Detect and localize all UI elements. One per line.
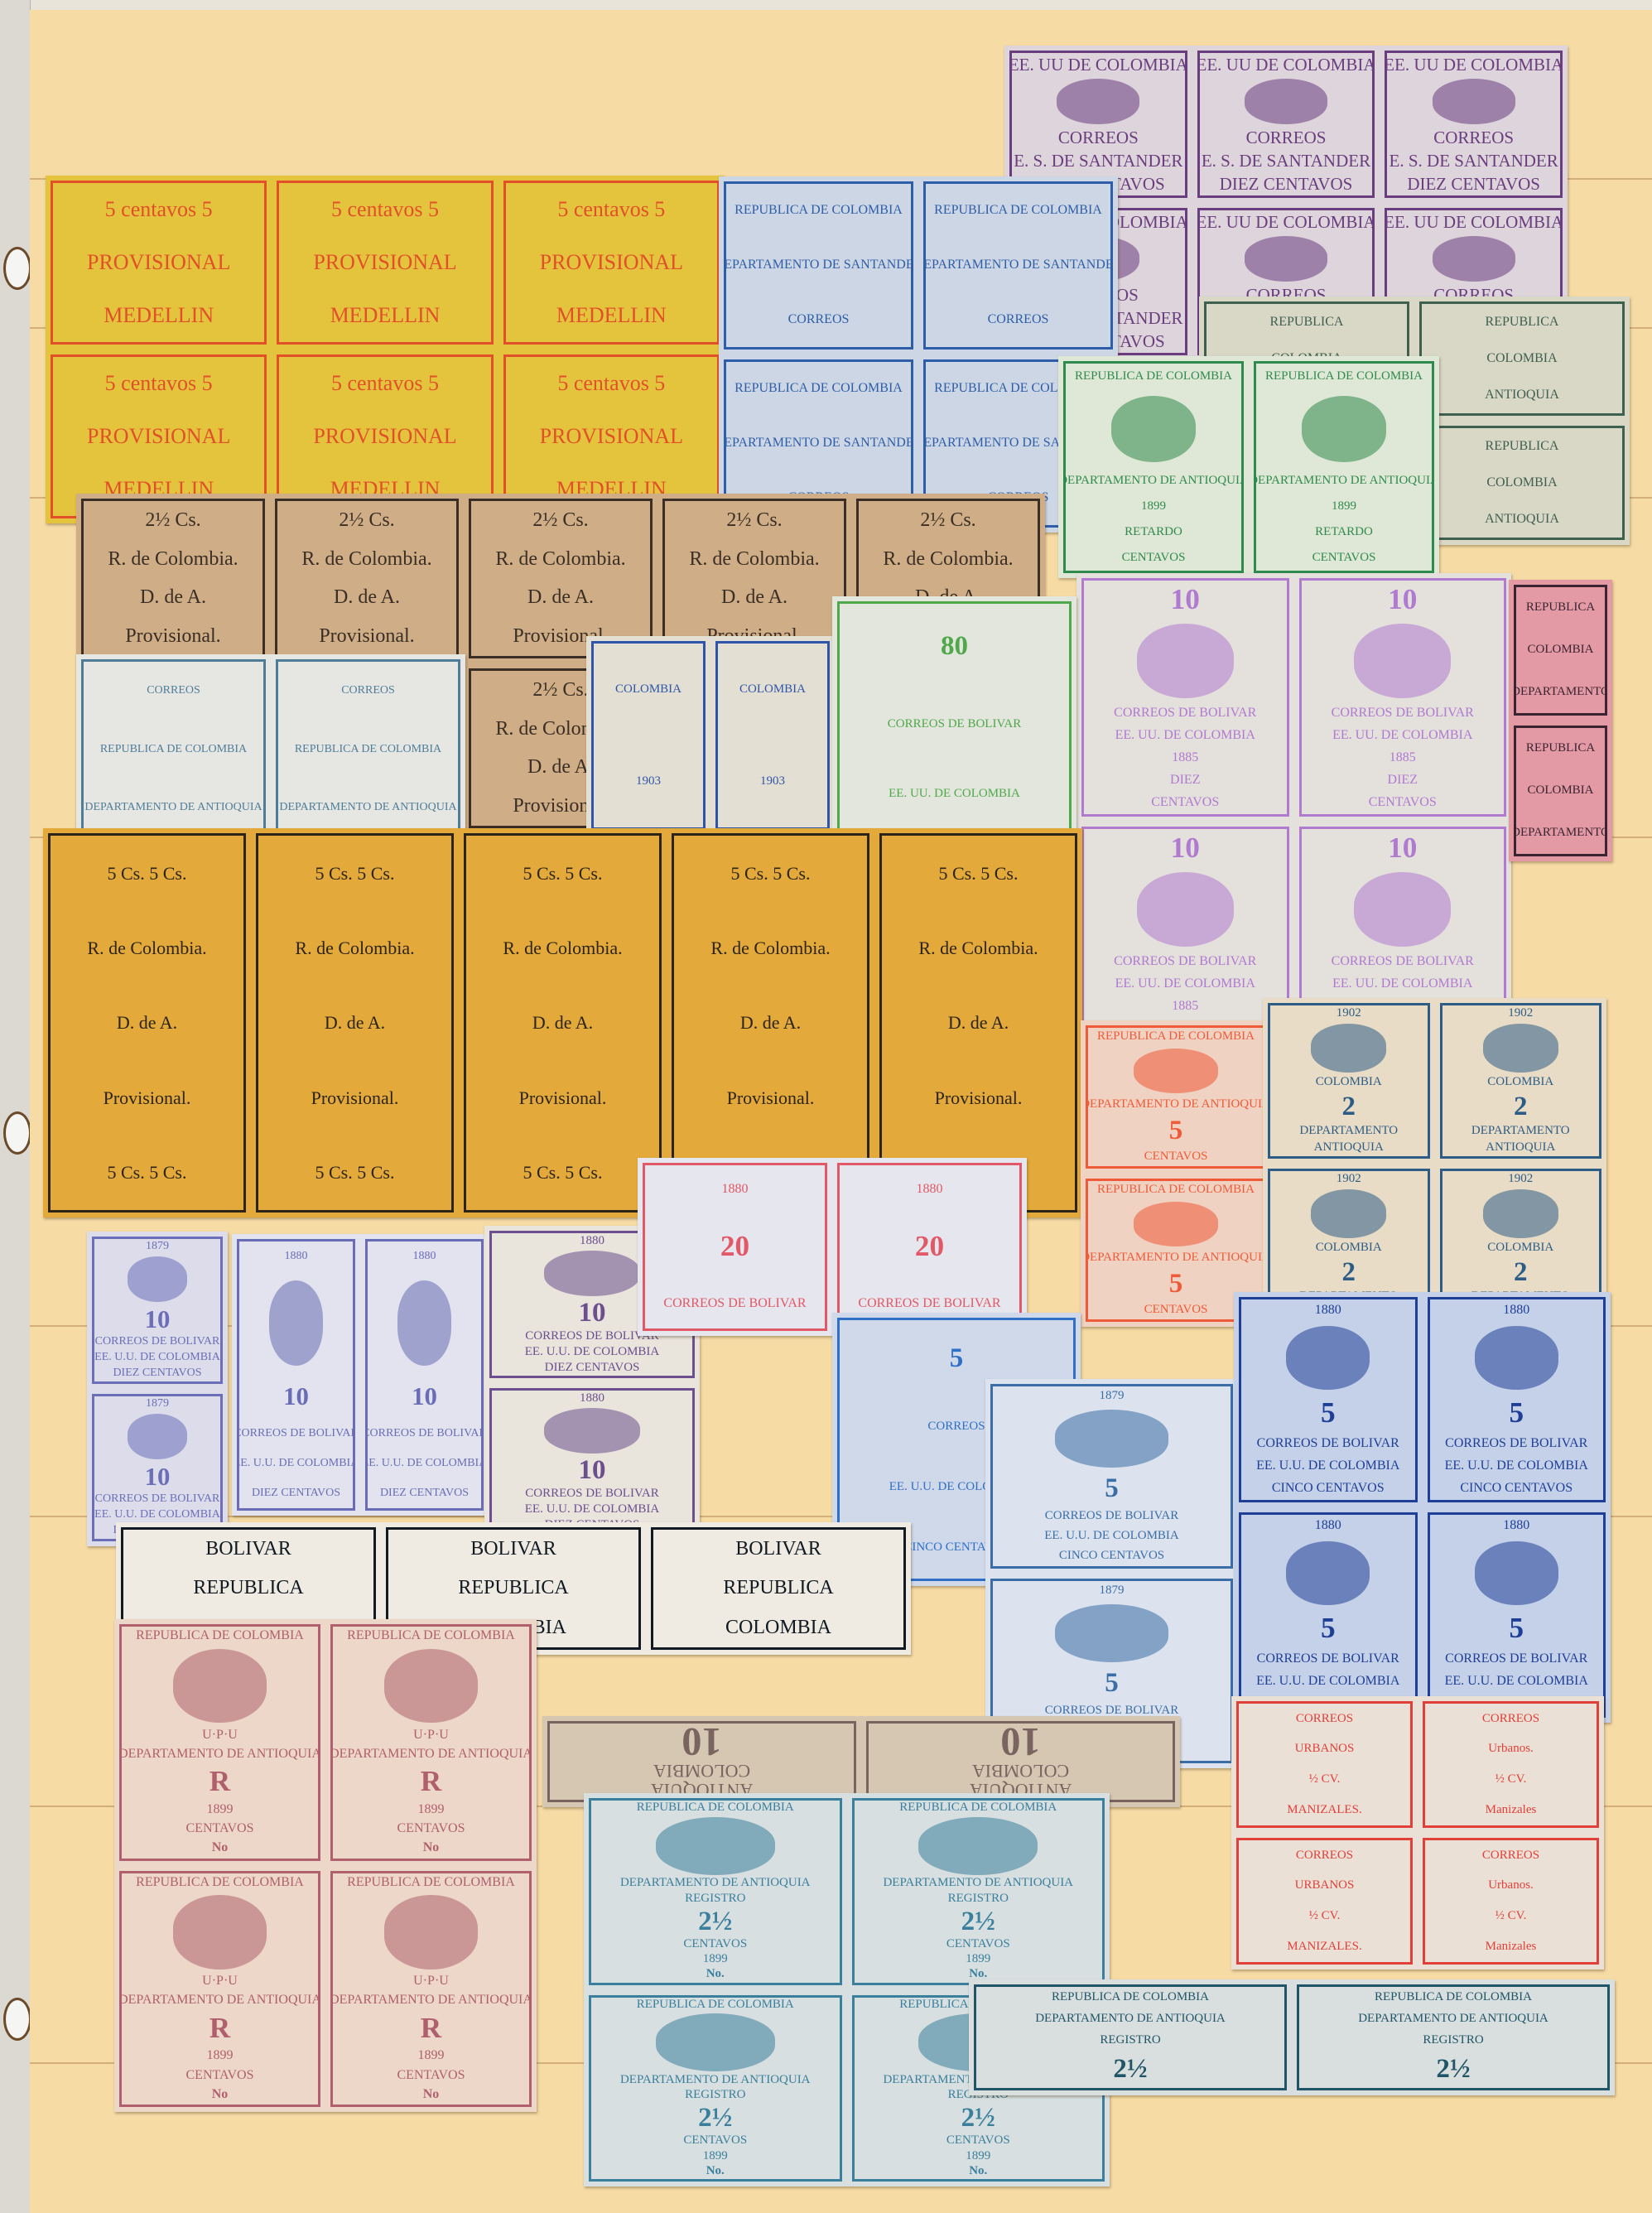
stamp-inscription: CENTAVOS [683, 2134, 747, 2148]
portrait-vignette [656, 1817, 775, 1875]
stamp-inscription: DEPARTAMENTO [1299, 1125, 1398, 1138]
stamp-inscription: DEPARTAMENTO DE ANTIOQUIA [119, 1748, 320, 1762]
stamp: REPUBLICA DE COLOMBIADEPARTAMENTO DE ANT… [852, 1798, 1105, 1985]
stamp-inscription: CORREOS [1482, 1713, 1539, 1726]
stamp-inscription: ANTIOQUIA [1314, 1141, 1384, 1155]
stamp-inscription: REPUBLICA DE COLOMBIA [637, 1801, 794, 1815]
stamp-inscription: RETARDO [1125, 526, 1182, 539]
stamp-inscription: 1880 [1503, 1519, 1529, 1533]
stamp-inscription: 5 Cs. 5 Cs. [315, 864, 395, 883]
stamp-inscription: R [421, 2013, 441, 2044]
portrait-vignette [918, 1817, 1038, 1875]
stamp-inscription: REPUBLICA DE COLOMBIA [1097, 1030, 1255, 1044]
stamp-inscription: 2½ Cs. [726, 510, 782, 531]
stamp-inscription: 1879 [146, 1241, 169, 1253]
stamp: 188010CORREOS DE BOLIVAREE. U.U. DE COLO… [489, 1388, 695, 1536]
stamp: 10CORREOS DE BOLIVAREE. UU. DE COLOMBIA1… [1081, 578, 1289, 817]
portrait-vignette [384, 1895, 479, 1969]
stamp-inscription: BOLIVAR [205, 1539, 291, 1560]
stamp-inscription: D. de A. [527, 587, 594, 608]
stamp-inscription: DEPARTAMENTO DE ANTIOQUIA [1086, 1098, 1266, 1111]
stamp-inscription: 5 centavos 5 [105, 372, 213, 394]
stamp-inscription: CORREOS DE BOLIVAR [237, 1428, 355, 1440]
stamp-inscription: CORREOS [788, 313, 850, 327]
stamp-inscription: REPUBLICA [723, 1578, 833, 1598]
stamp-inscription: U·P·U [202, 1728, 238, 1743]
stamp-block-colombia-1903: COLOMBIA1903COLOMBIA1903 [586, 636, 835, 835]
stamp-inscription: 1885 [1172, 751, 1198, 765]
stamp-inscription: DEPARTAMENTO DE ANTIOQUIA [1358, 2013, 1548, 2026]
stamp-inscription: No [212, 1841, 229, 1855]
stamp-inscription: 80 [941, 632, 968, 661]
stamp-inscription: 10 [1388, 833, 1417, 864]
portrait-vignette [269, 1280, 324, 1366]
portrait-vignette [1354, 624, 1451, 698]
stamp-inscription: CORREOS DE BOLIVAR [1257, 1652, 1399, 1666]
stamp-inscription: 1899 [207, 2049, 234, 2063]
stamp-inscription: PROVISIONAL [87, 251, 230, 273]
stamp: REPUBLICA DE COLOMBIADEPARTAMENTO DE ANT… [589, 1995, 842, 2182]
stamp-inscription: DEPARTAMENTO DE ANTIOQUIA [883, 1877, 1073, 1890]
stamp: REPUBLICA DE COLOMBIAU·P·UDEPARTAMENTO D… [119, 1871, 320, 2108]
stamp-inscription: No. [706, 2165, 725, 2178]
stamp-inscription: 5 [1321, 1398, 1336, 1429]
stamp: 2½ Cs.R. de Colombia.D. de A.Provisional… [275, 499, 459, 658]
stamp-inscription: 1902 [1508, 1173, 1533, 1186]
stamp-inscription: REPUBLICA DE COLOMBIA [1097, 1184, 1255, 1197]
stamp: 18805CORREOS DE BOLIVAREE. U.U. DE COLOM… [1239, 1512, 1418, 1718]
stamp-inscription: 5 [950, 1344, 964, 1373]
stamp-inscription: R. de Colombia. [108, 549, 238, 570]
portrait-vignette [544, 1408, 640, 1454]
stamp-inscription: 1880 [580, 1392, 604, 1405]
stamp-inscription: CORREOS [927, 1420, 985, 1434]
stamp-inscription: DEPARTAMENTO DE SANTANDER [724, 436, 913, 451]
punch-hole [3, 1111, 31, 1155]
stamp-inscription: 5 [1509, 1613, 1524, 1644]
stamp-inscription: 1899 [966, 2150, 990, 2163]
stamp-inscription: DEPARTAMENTO DE ANTIOQUIA [119, 1994, 320, 2008]
stamp-inscription: R. de Colombia. [710, 938, 830, 957]
portrait-vignette [1311, 1024, 1386, 1072]
stamp: CORREOSREPUBLICA DE COLOMBIADEPARTAMENTO… [276, 659, 460, 840]
stamp-inscription: 5 Cs. 5 Cs. [939, 864, 1019, 883]
stamp-inscription: 2½ [1436, 2055, 1470, 2084]
stamp-inscription: EE. U.U. DE COLOMBIA [365, 1458, 484, 1470]
stamp-inscription: 1899 [418, 1803, 445, 1817]
stamp-block-colombia-1902-2: 1902COLOMBIA2DEPARTAMENTOANTIOQUIA1902CO… [1263, 998, 1606, 1329]
stamp-inscription: D. de A. [721, 587, 787, 608]
stamp-inscription: 1879 [1100, 1390, 1125, 1403]
stamp-inscription: REPUBLICA [1526, 601, 1595, 615]
stamp-inscription: DEPARTAMENTO [1514, 686, 1607, 699]
stamp-inscription: REPUBLICA DE COLOMBIA [1375, 1991, 1532, 2004]
stamp: 5 centavos 5PROVISIONALMEDELLIN [51, 181, 267, 345]
stamp-inscription: REPUBLICA [1526, 742, 1595, 755]
stamp: CORREOSURBANOS½ CV.MANIZALES. [1236, 1701, 1413, 1828]
stamp-block-antioquia-retardo: REPUBLICA DE COLOMBIADEPARTAMENTO DE ANT… [1058, 356, 1439, 578]
stamp-inscription: DIEZ CENTAVOS [1220, 175, 1353, 193]
stamp-inscription: MANIZALES. [1287, 1804, 1361, 1817]
stamp: 2½ Cs.R. de Colombia.D. de A.Provisional… [469, 499, 653, 658]
stamp: COLOMBIA1903 [715, 641, 830, 830]
stamp-inscription: EE. UU. DE COLOMBIA [889, 788, 1020, 801]
stamp-inscription: CENTAVOS [1144, 1304, 1208, 1317]
stamp-inscription: 5 centavos 5 [331, 372, 439, 394]
stamp-inscription: 10 [412, 1383, 437, 1410]
stamp: 18805CORREOS DE BOLIVAREE. U.U. DE COLOM… [1239, 1297, 1418, 1502]
stamp-inscription: REPUBLICA DE COLOMBIA [136, 1629, 304, 1643]
stamp-inscription: 1880 [413, 1251, 436, 1263]
stamp-inscription: CORREOS DE BOLIVAR [1332, 706, 1474, 721]
stamp-inscription: 1902 [1508, 1007, 1533, 1020]
stamp-inscription: ½ CV. [1495, 1910, 1527, 1923]
stamp-block-antioquia-registro-dark: REPUBLICA DE COLOMBIADEPARTAMENTO DE ANT… [969, 1979, 1615, 2095]
stamp-inscription: COLOMBIA [739, 683, 806, 697]
stamp-block-bolivar-80-green: 80CORREOS DE BOLIVAREE. UU. DE COLOMBIA [832, 596, 1076, 837]
stamp-inscription: EE. U.U. DE COLOMBIA [1256, 1459, 1399, 1473]
stamp-inscription: 2½ Cs. [532, 510, 588, 531]
stamp: 2½ Cs.R. de Colombia.D. de A.Provisional… [662, 499, 846, 658]
stamp-inscription: REGISTRO [685, 2089, 745, 2102]
stamp-inscription: CENTAVOS [946, 1938, 1010, 1951]
stamp: 5 Cs. 5 Cs.R. de Colombia.D. de A.Provis… [879, 833, 1077, 1213]
stamp-inscription: D. de A. [948, 1013, 1009, 1032]
stamp-inscription: ANTIOQUIA [1485, 513, 1559, 527]
stamp-inscription: U·P·U [202, 1974, 238, 1989]
stamp: REPUBLICACOLOMBIAANTIOQUIA [1419, 301, 1625, 416]
stamp-inscription: 10 [145, 1306, 171, 1333]
portrait-vignette [1134, 1049, 1218, 1092]
stamp-inscription: COLOMBIA [1487, 1241, 1553, 1255]
stamp: REPUBLICA DE COLOMBIAU·P·UDEPARTAMENTO D… [330, 1871, 532, 2108]
stamp-inscription: 5 centavos 5 [557, 198, 665, 220]
stamp: CORREOSUrbanos.½ CV.Manizales [1423, 1701, 1599, 1828]
stamp-inscription: CENTAVOS [1312, 552, 1376, 565]
portrait-vignette [397, 1280, 452, 1366]
stamp-inscription: No [212, 2088, 229, 2102]
stamp-inscription: CORREOS [341, 685, 395, 697]
stamp-inscription: EE. UU DE COLOMBIA [1385, 55, 1563, 74]
stamp-inscription: REPUBLICA [458, 1578, 568, 1598]
stamp-inscription: CORREOS DE BOLIVAR [1045, 1510, 1178, 1523]
stamp-inscription: R. de Colombia. [295, 938, 414, 957]
stamp-inscription: CORREOS [1433, 128, 1514, 147]
stamp-inscription: BOLIVAR [735, 1539, 821, 1560]
portrait-vignette [1245, 79, 1327, 124]
stamp-inscription: DIEZ CENTAVOS [380, 1487, 469, 1500]
stamp-block-antioquia-upu-r: REPUBLICA DE COLOMBIAU·P·UDEPARTAMENTO D… [114, 1619, 537, 2112]
stamp-inscription: 5 Cs. 5 Cs. [315, 1163, 395, 1182]
stamp-inscription: 1899 [703, 2150, 728, 2163]
stamp-inscription: 1879 [1100, 1584, 1125, 1598]
stamp: CORREOSUrbanos.½ CV.Manizales [1423, 1838, 1599, 1965]
portrait-vignette [128, 1414, 188, 1459]
stamp-inscription: BOLIVAR [470, 1539, 556, 1560]
stamp-inscription: REPUBLICA DE COLOMBIA [1075, 370, 1232, 383]
stamp-inscription: ANTIOQUIA [1485, 388, 1559, 403]
stamp: 10CORREOS DE BOLIVAREE. UU. DE COLOMBIA1… [1299, 578, 1507, 817]
stamp-inscription: 5 centavos 5 [557, 372, 665, 394]
stamp: COLOMBIA1903 [591, 641, 706, 830]
stamp-inscription: CORREOS DE BOLIVAR [95, 1336, 220, 1348]
stamp-inscription: REPUBLICA DE COLOMBIA [637, 1998, 794, 2012]
stamp-inscription: 1880 [917, 1183, 943, 1197]
stamp-inscription: 1899 [418, 2049, 445, 2063]
stamp-block-bolivar-10-1879: 187910CORREOS DE BOLIVAREE. U.U. DE COLO… [87, 1232, 228, 1546]
stamp-inscription: R [421, 1767, 441, 1797]
stamp-inscription: CENTAVOS [1122, 552, 1186, 565]
stamp: REPUBLICA DE COLOMBIADEPARTAMENTO DE SAN… [724, 181, 913, 350]
stamp-inscription: EE. U.U. DE COLOMBIA [94, 1352, 220, 1364]
stamp-inscription: R. de Colombia. [689, 549, 819, 570]
stamp-inscription: DEPARTAMENTO DE ANTIOQUIA [1035, 2013, 1226, 2026]
stamp: REPUBLICA DE COLOMBIADEPARTAMENTO DE ANT… [1254, 361, 1434, 573]
stamp-inscription: CORREOS [1482, 1849, 1539, 1863]
stamp-inscription: 5 Cs. 5 Cs. [523, 864, 603, 883]
stamp-inscription: E. S. DE SANTANDER [1202, 152, 1370, 170]
stamp-inscription: EE. UU DE COLOMBIA [1009, 55, 1187, 74]
stamp: ANTIOQUIACOLOMBIA10 [547, 1721, 856, 1802]
stamp: REPUBLICACOLOMBIADEPARTAMENTO [1514, 585, 1607, 716]
stamp-inscription: EE. U.U. DE COLOMBIA [1256, 1675, 1399, 1689]
stamp-inscription: PROVISIONAL [87, 425, 230, 447]
stamp-inscription: 2½ [961, 1907, 995, 1936]
stamp-inscription: COLOMBIA [972, 1762, 1069, 1781]
stamp-inscription: 1880 [1503, 1304, 1529, 1318]
stamp-inscription: MEDELLIN [104, 304, 214, 326]
stamp: CORREOSURBANOS½ CV.MANIZALES. [1236, 1838, 1413, 1965]
stamp-inscription: 10 [1388, 585, 1417, 615]
stamp-inscription: DEPARTAMENTO DE ANTIOQUIA [620, 1877, 811, 1890]
stamp-inscription: DIEZ CENTAVOS [113, 1367, 201, 1380]
stamp-inscription: 2½ [698, 2104, 732, 2133]
stamp-inscription: 5 [1321, 1613, 1336, 1644]
stamp-block-antioquia-black-5: REPUBLICACOLOMBIADEPARTAMENTOREPUBLICACO… [1509, 580, 1612, 861]
stamp-block-bolivar-10-1880: 188010CORREOS DE BOLIVAREE. U.U. DE COLO… [232, 1234, 489, 1516]
stamp: REPUBLICA DE COLOMBIADEPARTAMENTO DE ANT… [974, 1984, 1287, 2090]
stamp-inscription: Urbanos. [1488, 1879, 1534, 1892]
stamp-inscription: CORREOS [147, 685, 200, 697]
stamp-inscription: CORREOS DE BOLIVAR [858, 1297, 1000, 1311]
portrait-vignette [1475, 1541, 1558, 1605]
stamp-inscription: 5 centavos 5 [105, 198, 213, 220]
stamp-inscription: No. [706, 1968, 725, 1981]
stamp-inscription: Manizales [1486, 1804, 1537, 1817]
portrait-vignette [1433, 79, 1515, 124]
stamp-inscription: REPUBLICA DE COLOMBIA [347, 1629, 515, 1643]
stamp: 187910CORREOS DE BOLIVAREE. U.U. DE COLO… [92, 1237, 223, 1384]
stamp-inscription: 5 [1105, 1669, 1119, 1698]
stamp-inscription: COLOMBIA [615, 683, 682, 697]
stamp-inscription: ANTIOQUIA [1486, 1141, 1555, 1155]
stamp-inscription: 2 [1342, 1258, 1356, 1287]
stamp-inscription: 5 [1169, 1116, 1183, 1145]
stamp-inscription: EE. UU DE COLOMBIA [1197, 213, 1375, 231]
stamp: 80CORREOS DE BOLIVAREE. UU. DE COLOMBIA [837, 601, 1072, 832]
stamp-inscription: REGISTRO [1100, 2034, 1160, 2047]
portrait-vignette [1483, 1189, 1558, 1237]
stamp-inscription: R. de Colombia. [918, 938, 1038, 957]
stamp-inscription: 2 [1514, 1258, 1528, 1287]
stamp-inscription: CINCO CENTAVOS [1460, 1482, 1573, 1496]
stamp-inscription: COLOMBIA [1487, 1076, 1553, 1089]
stamp-inscription: 2 [1342, 1092, 1356, 1121]
portrait-vignette [128, 1256, 188, 1302]
stamp-inscription: 1879 [146, 1398, 169, 1410]
stamp-inscription: D. de A. [527, 757, 594, 778]
stamp-block-antioquia-red-5: REPUBLICA DE COLOMBIADEPARTAMENTO DE ANT… [1081, 1020, 1271, 1327]
stamp-inscription: 2½ Cs. [920, 510, 975, 531]
stamp-inscription: ½ CV. [1309, 1910, 1341, 1923]
stamp-inscription: DEPARTAMENTO [1471, 1125, 1570, 1138]
stamp: REPUBLICA DE COLOMBIADEPARTAMENTO DE ANT… [589, 1798, 842, 1985]
stamp-inscription: DIEZ CENTAVOS [252, 1487, 340, 1500]
stamp-inscription: No. [969, 2165, 987, 2178]
stamp: REPUBLICACOLOMBIAANTIOQUIA [1419, 426, 1625, 540]
stamp-inscription: E. S. DE SANTANDER [1014, 152, 1182, 170]
punch-hole [3, 1998, 31, 2041]
stamp-inscription: DIEZ [1170, 774, 1200, 788]
stamp: REPUBLICACOLOMBIADEPARTAMENTO [1514, 726, 1607, 856]
stamp-inscription: DEPARTAMENTO [1514, 827, 1607, 840]
stamp: 1902COLOMBIA2DEPARTAMENTOANTIOQUIA [1268, 1003, 1430, 1159]
stamp-inscription: PROVISIONAL [313, 251, 456, 273]
stamp-inscription: CORREOS [1296, 1713, 1353, 1726]
stamp: 1902COLOMBIA2DEPARTAMENTOANTIOQUIA [1440, 1003, 1602, 1159]
stamp-inscription: REPUBLICA DE COLOMBIA [899, 1801, 1057, 1815]
stamp-inscription: 10 [283, 1383, 309, 1410]
stamp-inscription: EE. UU DE COLOMBIA [1385, 213, 1563, 231]
stamp-inscription: DEPARTAMENTO DE ANTIOQUIA [84, 802, 262, 814]
portrait-vignette [1055, 1604, 1169, 1661]
stamp-inscription: 10 [682, 1721, 721, 1762]
stamp-inscription: REPUBLICA DE COLOMBIA [100, 744, 247, 756]
stamp-inscription: PROVISIONAL [540, 251, 683, 273]
stamp-inscription: EE. U.U. DE COLOMBIA [237, 1458, 355, 1470]
stamp-inscription: REGISTRO [1423, 2034, 1483, 2047]
portrait-vignette [1433, 236, 1515, 282]
portrait-vignette [1475, 1326, 1558, 1390]
portrait-vignette [1286, 1541, 1370, 1605]
stamp-inscription: DEPARTAMENTO DE ANTIOQUIA [330, 1994, 532, 2008]
stamp-inscription: EE. UU. DE COLOMBIA [1115, 729, 1255, 743]
binder-strip [0, 0, 31, 2213]
stamp-inscription: DEPARTAMENTO DE ANTIOQUIA [620, 2074, 811, 2087]
stamp: 5 centavos 5PROVISIONALMEDELLIN [277, 181, 493, 345]
stamp-inscription: CORREOS DE BOLIVAR [1257, 1437, 1399, 1451]
stamp-block-bolivar-5-1880: 18805CORREOS DE BOLIVAREE. U.U. DE COLOM… [1234, 1292, 1611, 1723]
stamp-inscription: PROVISIONAL [540, 425, 683, 447]
portrait-vignette [656, 2013, 775, 2071]
stamp-inscription: 1899 [1141, 500, 1166, 513]
stamp-inscription: 5 [1105, 1474, 1119, 1503]
portrait-vignette [1057, 79, 1139, 124]
stamp-inscription: DEPARTAMENTO DE ANTIOQUIA [330, 1748, 532, 1762]
stamp-inscription: REPUBLICA DE COLOMBIA [1265, 370, 1423, 383]
stamp-inscription: 1880 [1315, 1304, 1341, 1318]
stamp-inscription: REPUBLICA DE COLOMBIA [734, 204, 903, 218]
portrait-vignette [173, 1649, 267, 1723]
stamp-inscription: 1885 [1172, 1000, 1198, 1014]
stamp-inscription: DEPARTAMENTO DE ANTIOQUIA [1254, 475, 1434, 488]
stamp-inscription: Provisional. [519, 1088, 607, 1107]
stamp-inscription: 5 [1509, 1398, 1524, 1429]
stamp-inscription: 5 Cs. 5 Cs. [108, 864, 187, 883]
stamp-inscription: COLOMBIA [725, 1618, 831, 1638]
stamp-inscription: PROVISIONAL [313, 425, 456, 447]
stamp-block-manizales-urbanos: CORREOSURBANOS½ CV.MANIZALES.CORREOSUrba… [1231, 1696, 1604, 1970]
stamp-inscription: EE. UU. DE COLOMBIA [1332, 977, 1472, 991]
stamp-inscription: 5 [1169, 1270, 1183, 1299]
stamp-inscription: 5 Cs. 5 Cs. [108, 1163, 187, 1182]
stamp-inscription: URBANOS [1295, 1879, 1355, 1892]
stamp-inscription: DEPARTAMENTO DE ANTIOQUIA [279, 802, 456, 814]
stamp-inscription: 5 Cs. 5 Cs. [523, 1163, 603, 1182]
stamp-inscription: CENTAVOS [683, 1938, 747, 1951]
stamp-inscription: CORREOS DE BOLIVAR [95, 1493, 220, 1506]
stamp-inscription: REPUBLICA [1486, 440, 1559, 454]
stamp-inscription: 2½ Cs. [145, 510, 200, 531]
portrait-vignette [1111, 396, 1196, 462]
stamp: ANTIOQUIACOLOMBIA10 [866, 1721, 1175, 1802]
stamp: REPUBLICA DE COLOMBIADEPARTAMENTO DE ANT… [1297, 1984, 1610, 2090]
stamp-inscription: MEDELLIN [330, 304, 441, 326]
stamp-inscription: DEPARTAMENTO DE SANTANDER [923, 258, 1113, 272]
stamp-inscription: 10 [1171, 585, 1200, 615]
stamp: 187910CORREOS DE BOLIVAREE. U.U. DE COLO… [92, 1394, 223, 1541]
stamp-inscription: REPUBLICA DE COLOMBIA [347, 1876, 515, 1890]
stamp-inscription: 10 [1171, 833, 1200, 864]
stamp-inscription: DIEZ [1388, 774, 1418, 788]
stamp: 5 centavos 5PROVISIONALMEDELLIN [503, 181, 720, 345]
stamp-inscription: CENTAVOS [1369, 796, 1437, 810]
stamp-inscription: 10 [1000, 1721, 1040, 1762]
stamp-inscription: D. de A. [117, 1013, 177, 1032]
stamp: BOLIVARREPUBLICACOLOMBIA [651, 1527, 906, 1650]
stamp-inscription: COLOMBIA [1316, 1076, 1382, 1089]
stamp-inscription: CORREOS DE BOLIVAR [663, 1297, 806, 1311]
stamp-inscription: 1902 [1337, 1173, 1361, 1186]
stamp-inscription: 5 centavos 5 [331, 198, 439, 220]
stamp-inscription: 1902 [1337, 1007, 1361, 1020]
stamp-inscription: Provisional. [319, 626, 414, 647]
stamp-inscription: 2½ Cs. [339, 510, 394, 531]
stamp: EE. UU DE COLOMBIACORREOSE. S. DE SANTAN… [1197, 51, 1375, 198]
stamp: REPUBLICA DE COLOMBIAU·P·UDEPARTAMENTO D… [119, 1624, 320, 1861]
stamp-inscription: EE. U.U. DE COLOMBIA [525, 1346, 660, 1359]
stamp-inscription: R. de Colombia. [495, 549, 625, 570]
stamp-inscription: ½ CV. [1495, 1773, 1527, 1786]
stamp-inscription: CINCO CENTAVOS [1272, 1482, 1385, 1496]
stamp: 188020CORREOS DE BOLIVAR [837, 1163, 1022, 1331]
stamp-inscription: RETARDO [1315, 526, 1373, 539]
stamp-inscription: EE. U.U. DE COLOMBIA [1044, 1530, 1179, 1543]
stamp-inscription: MANIZALES. [1287, 1941, 1361, 1954]
stamp-inscription: Manizales [1486, 1941, 1537, 1954]
stamp: REPUBLICA DE COLOMBIAU·P·UDEPARTAMENTO D… [330, 1624, 532, 1861]
stamp-inscription: ½ CV. [1309, 1773, 1341, 1786]
stamp: 18805CORREOS DE BOLIVAREE. U.U. DE COLOM… [1428, 1512, 1606, 1718]
stamp-inscription: 10 [145, 1463, 171, 1490]
stamp-inscription: DEPARTAMENTO DE ANTIOQUIA [1086, 1251, 1266, 1265]
stamp-inscription: CENTAVOS [397, 2069, 465, 2083]
stamp-block-bolivar-20-1880: 188020CORREOS DE BOLIVAR188020CORREOS DE… [638, 1158, 1027, 1336]
stamp-inscription: REPUBLICA DE COLOMBIA [1052, 1991, 1209, 2004]
stamp: 5 Cs. 5 Cs.R. de Colombia.D. de A.Provis… [672, 833, 869, 1213]
stamp-inscription: CORREOS DE BOLIVAR [525, 1487, 658, 1501]
stamp-inscription: Provisional. [125, 626, 220, 647]
